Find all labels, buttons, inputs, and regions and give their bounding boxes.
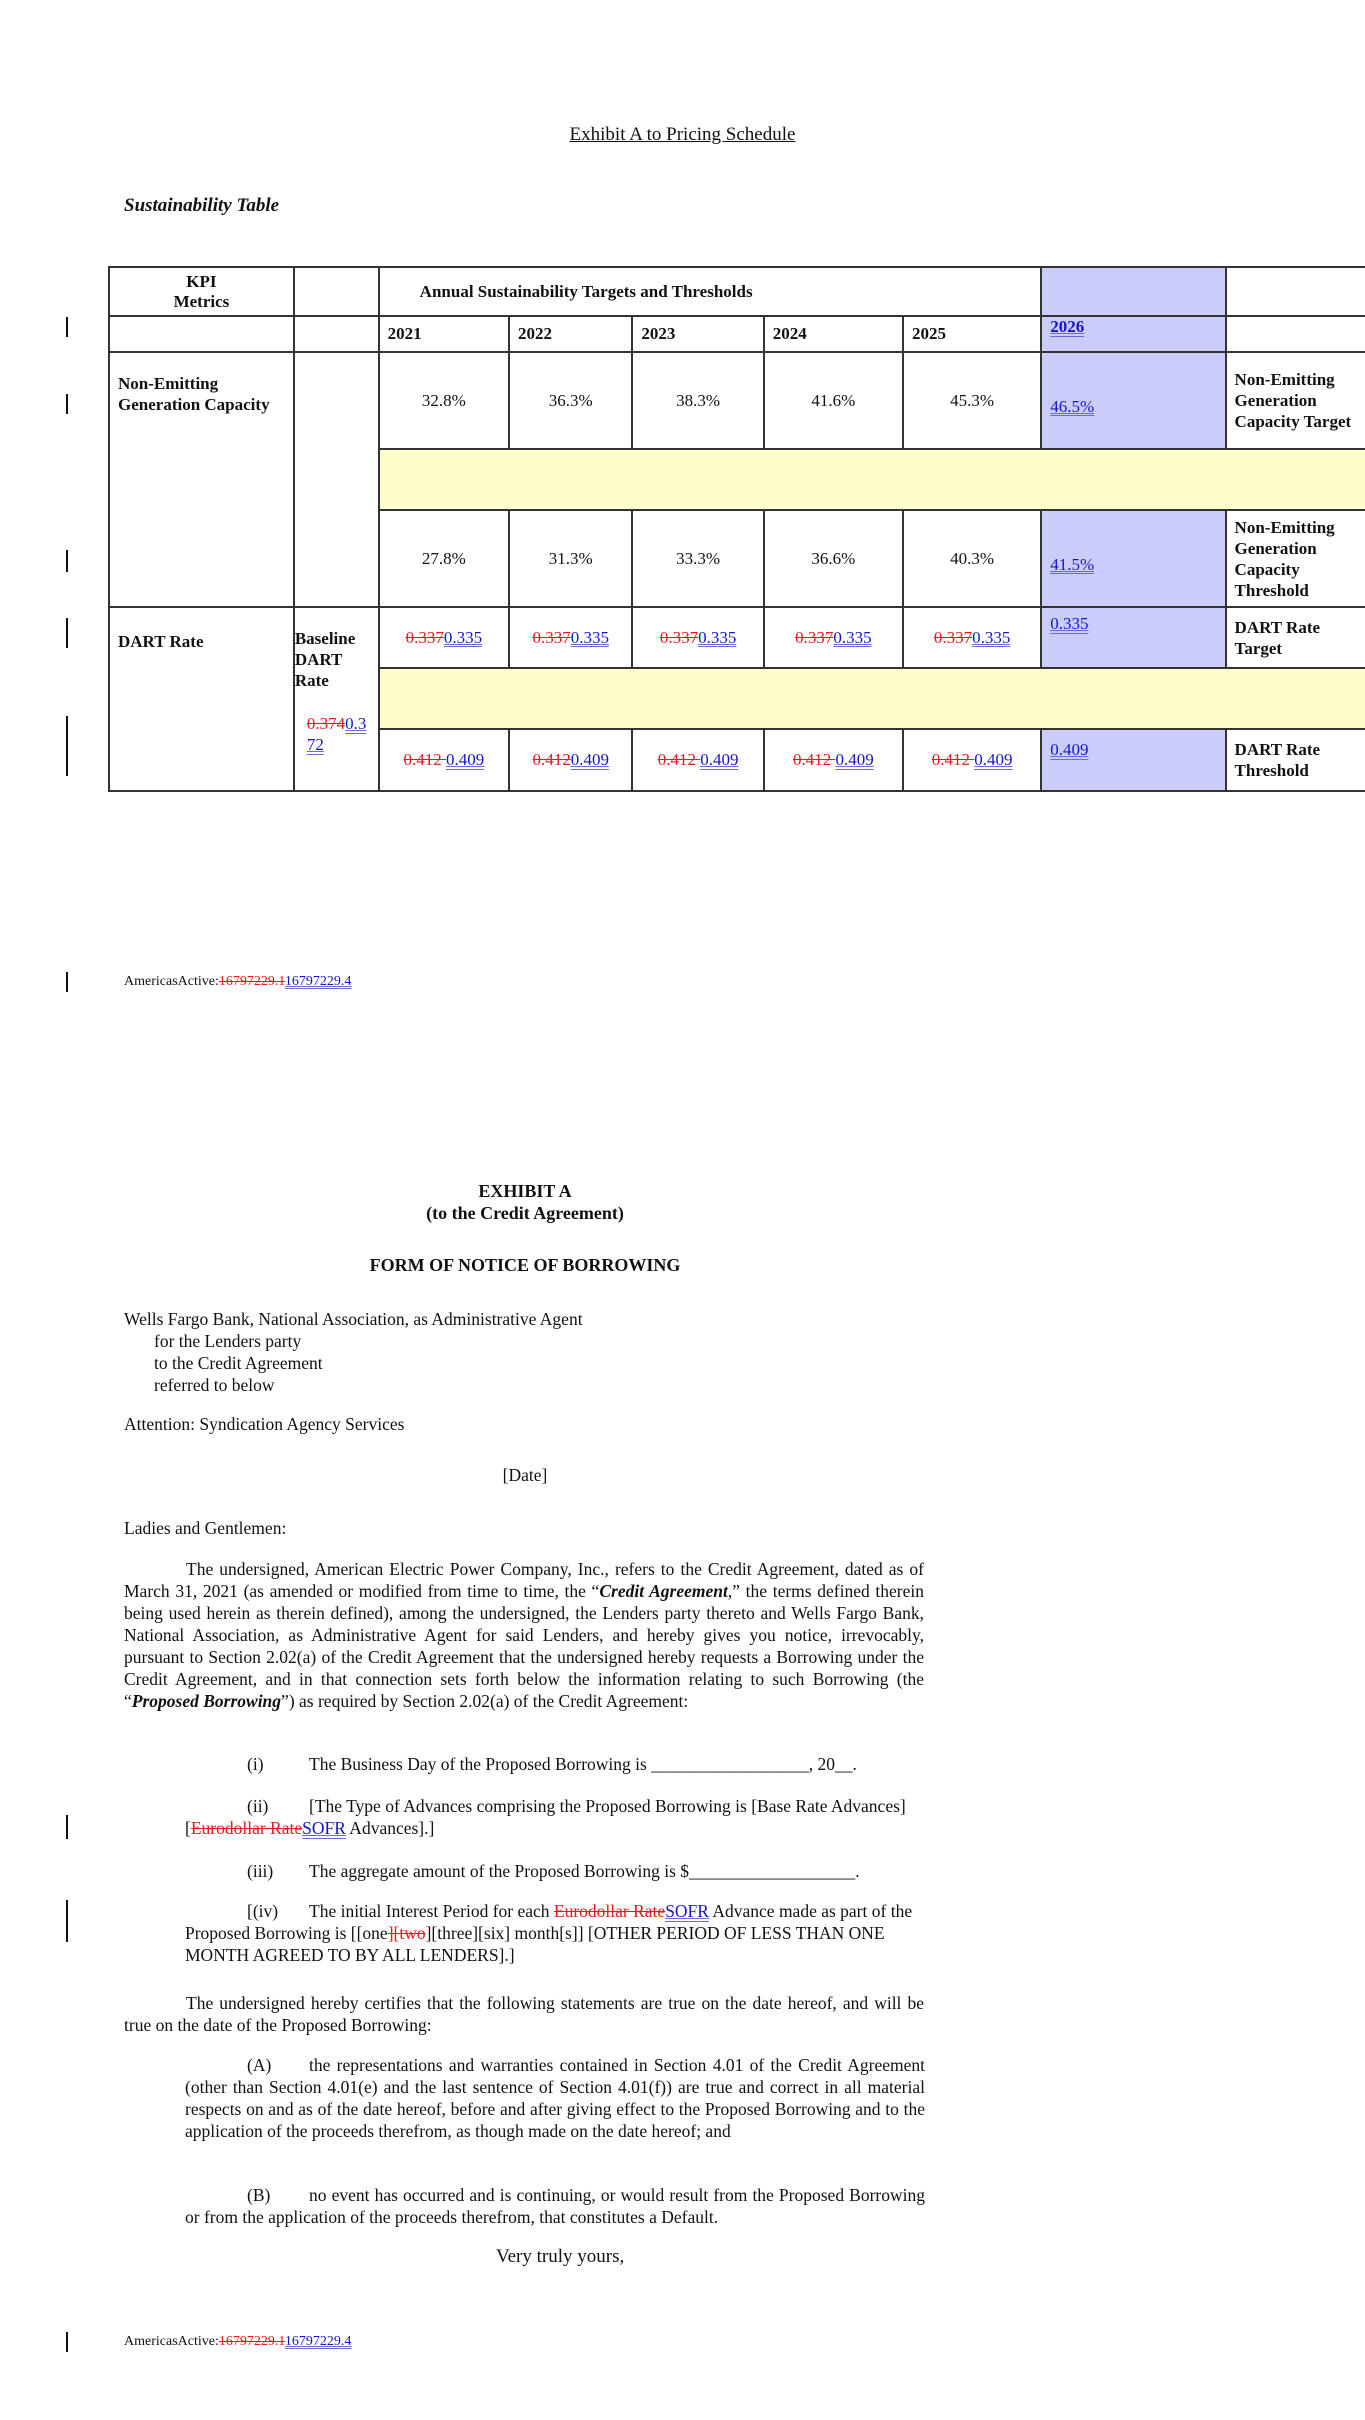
target-value: 36.3% [509,352,632,449]
form-title: FORM OF NOTICE OF BORROWING [0,1254,1050,1276]
target-value-2026: 46.5% [1041,352,1225,449]
baseline-dart-cell: Baseline DART Rate 0.3740.372 [294,607,379,791]
certification-paragraph: The undersigned hereby certifies that th… [124,1992,924,2036]
dart-target-value: 0.3370.335 [903,607,1041,668]
addressee-block: Wells Fargo Bank, National Association, … [124,1308,583,1396]
document-id-footer: AmericasActive:16797229.116797229.4 [124,2334,351,2350]
year-header: 2024 [764,316,903,352]
threshold-value-2026: 41.5% [1041,510,1225,607]
item-iv: [(iv)The initial Interest Period for eac… [185,1900,925,1966]
change-bar [66,317,68,337]
dart-threshold-row-label: DART Rate Threshold [1226,729,1365,791]
change-bar [66,716,68,776]
change-bar [66,618,68,648]
change-bar [66,394,68,414]
threshold-value: 40.3% [903,510,1041,607]
dart-threshold-value: 0.412 0.409 [379,729,509,791]
intro-paragraph: The undersigned, American Electric Power… [124,1558,924,1712]
change-bar [66,2332,68,2352]
closing: Very truly yours, [496,2246,624,2268]
dart-target-row-label: DART Rate Target [1226,607,1365,668]
exhibit-title: Exhibit A to Pricing Schedule [0,124,1365,146]
target-value: 41.6% [764,352,903,449]
target-value: 38.3% [632,352,763,449]
year-header: 2023 [632,316,763,352]
target-row-label: Non-Emitting Generation Capacity Target [1226,352,1365,449]
change-bar [66,1900,68,1942]
threshold-value: 31.3% [509,510,632,607]
item-iii: (iii)The aggregate amount of the Propose… [247,1860,860,1882]
clause-b: (B)no event has occurred and is continui… [185,2184,925,2228]
non-emitting-label: Non-Emitting Generation Capacity [109,352,294,607]
dart-threshold-value: 0.412 0.409 [764,729,903,791]
dart-target-value: 0.3370.335 [509,607,632,668]
item-i: (i)The Business Day of the Proposed Borr… [247,1753,857,1775]
baseline-dart-value: 0.3740.372 [295,713,367,755]
dart-target-value: 0.3370.335 [632,607,763,668]
dart-threshold-2026: 0.409 [1041,729,1225,791]
dart-rate-label: DART Rate [109,607,294,791]
baseline-dart-label: Baseline DART Rate [295,628,365,691]
date-placeholder: [Date] [0,1464,1050,1486]
year-header-2026: 2026 [1041,316,1225,352]
change-bar [66,1815,68,1839]
salutation: Ladies and Gentlemen: [124,1517,286,1539]
threshold-row-label: Non-Emitting Generation Capacity Thresho… [1226,510,1365,607]
attention-line: Attention: Syndication Agency Services [124,1413,404,1435]
dart-target-value: 0.3370.335 [764,607,903,668]
change-bar [66,972,68,992]
dart-threshold-value: 0.412 0.409 [632,729,763,791]
document-id-footer: AmericasActive:16797229.116797229.4 [124,974,351,990]
year-header: 2021 [379,316,509,352]
dart-threshold-value: 0.412 0.409 [903,729,1041,791]
change-bar [66,550,68,572]
dart-target-2026: 0.335 [1041,607,1225,668]
kpi-metrics-header: KPI Metrics [109,267,294,316]
year-header: 2022 [509,316,632,352]
target-value: 45.3% [903,352,1041,449]
dart-target-value: 0.3370.335 [379,607,509,668]
target-value: 32.8% [379,352,509,449]
section-title: Sustainability Table [124,195,279,217]
sustainability-table: KPI Metrics Annual Sustainability Target… [108,266,1365,792]
year-header: 2025 [903,316,1041,352]
spacer-row [379,449,1365,510]
threshold-value: 27.8% [379,510,509,607]
threshold-value: 33.3% [632,510,763,607]
dart-threshold-value: 0.4120.409 [509,729,632,791]
exhibit-heading: EXHIBIT A (to the Credit Agreement) [0,1180,1050,1224]
spacer-row [379,668,1365,729]
clause-a: (A)the representations and warranties co… [185,2054,925,2142]
threshold-value: 36.6% [764,510,903,607]
item-ii: (ii)[The Type of Advances comprising the… [185,1795,925,1839]
annual-header: Annual Sustainability Targets and Thresh… [379,267,1042,316]
